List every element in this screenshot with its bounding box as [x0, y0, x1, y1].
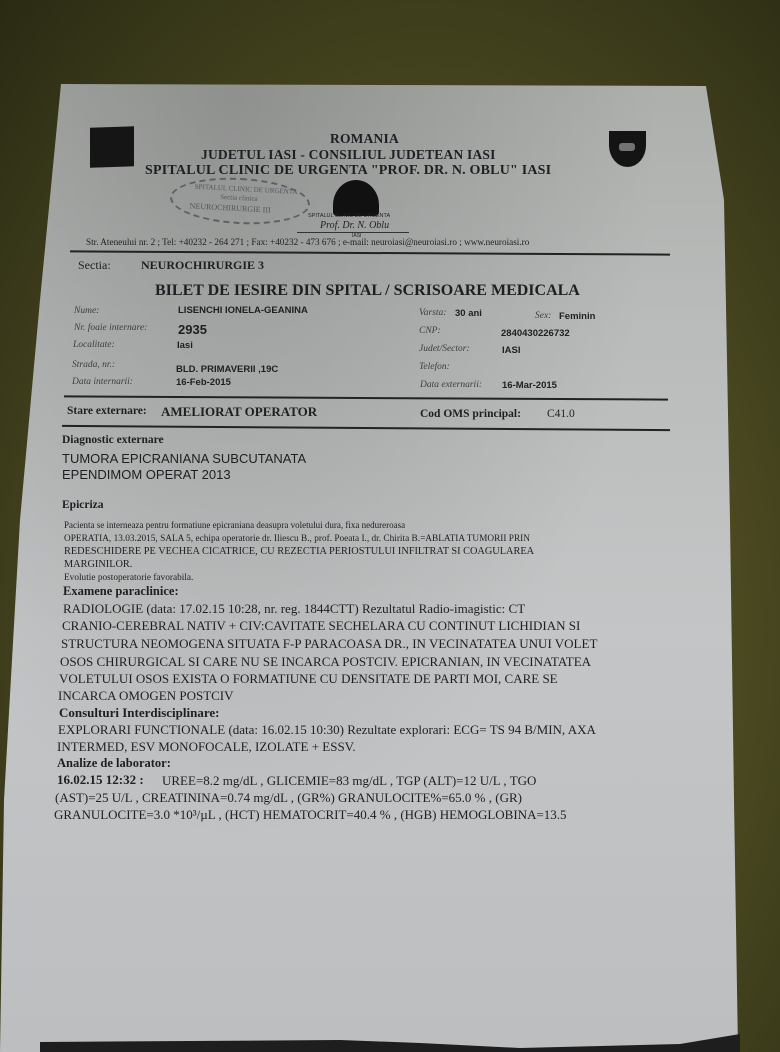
admission-label: Data internarii: [72, 377, 133, 387]
section-label: Sectia: [78, 258, 111, 273]
paraclinical-line: STRUCTURA NEOMOGENA SITUATA F-P PARACOAS… [61, 636, 597, 652]
sex-label: Sex: [535, 311, 551, 321]
coat-of-arms-romania-icon [90, 126, 134, 168]
header-hospital: SPITALUL CLINIC DE URGENTA "PROF. DR. N.… [145, 163, 551, 179]
admission-date: 16-Feb-2015 [176, 377, 231, 388]
header-contact: Str. Ateneului nr. 2 ; Tel: +40232 - 264… [86, 237, 529, 247]
epicrisis-line: Evolutie postoperatorie favorabila. [64, 573, 193, 583]
file-number: 2935 [178, 322, 207, 337]
header-country: ROMANIA [330, 131, 399, 147]
patient-street: BLD. PRIMAVERII ,19C [176, 364, 278, 375]
paraclinical-label: Examene paraclinice: [63, 584, 179, 599]
logo-caption: SPITALUL CLINIC DE URGENTA [308, 213, 390, 219]
state-label: Stare externare: [67, 405, 147, 417]
phone-label: Telefon: [419, 362, 450, 372]
patient-county: IASI [502, 345, 520, 356]
diagnosis-label: Diagnostic externare [62, 434, 164, 446]
paraclinical-line: CRANIO-CEREBRAL NATIV + CIV:CAVITATE SEC… [62, 618, 580, 634]
logo-signature: Prof. Dr. N. Oblu [320, 220, 389, 231]
diagnosis-line: TUMORA EPICRANIANA SUBCUTANATA [62, 451, 306, 466]
county-label: Judet/Sector: [419, 344, 470, 354]
paraclinical-line: OSOS CHIRURGICAL SI CARE NU SE INCARCA P… [60, 654, 591, 670]
labs-line: GRANULOCITE=3.0 *10³/µL , (HCT) HEMATOCR… [54, 807, 567, 823]
paraclinical-line: INCARCA OMOGEN POSTCIV [58, 688, 234, 704]
epicrisis-line: Pacienta se interneaza pentru formatiune… [64, 520, 405, 530]
paraclinical-line: VOLETULUI OSOS EXISTA O FORMATIUNE CU DE… [59, 671, 558, 687]
labs-date: 16.02.15 12:32 : [57, 772, 144, 788]
discharge-state: AMELIORAT OPERATOR [161, 404, 317, 420]
cnp-label: CNP: [419, 326, 441, 336]
epicrisis-line: OPERATIA, 13.03.2015, SALA 5, echipa ope… [64, 534, 530, 544]
locality-label: Localitate: [73, 340, 115, 350]
labs-line: UREE=8.2 mg/dL , GLICEMIE=83 mg/dL , TGP… [162, 773, 536, 789]
street-label: Strada, nr.: [72, 360, 115, 370]
labs-line: (AST)=25 U/L , CREATININA=0.74 mg/dL , (… [55, 790, 522, 806]
section-value: NEUROCHIRURGIE 3 [141, 258, 264, 273]
patient-sex: Feminin [559, 311, 595, 322]
file-label: Nr. foaie internare: [74, 323, 147, 333]
consults-label: Consulturi Interdisciplinare: [59, 705, 219, 721]
consults-line: INTERMED, ESV MONOFOCALE, IZOLATE + ESSV… [57, 739, 356, 755]
age-label: Varsta: [419, 308, 446, 318]
document-title: BILET DE IESIRE DIN SPITAL / SCRISOARE M… [155, 282, 580, 300]
header-county: JUDETUL IASI - CONSILIUL JUDETEAN IASI [201, 147, 496, 163]
patient-age: 30 ani [455, 308, 482, 319]
patient-cnp: 2840430226732 [501, 328, 570, 339]
name-label: Nume: [74, 306, 99, 316]
labs-label: Analize de laborator: [57, 756, 171, 771]
epicrisis-label: Epicriza [62, 499, 104, 511]
patient-locality: Iasi [177, 340, 193, 351]
patient-name: LISENCHI IONELA-GEANINA [178, 305, 308, 316]
epicrisis-line: MARGINILOR. [64, 559, 132, 570]
paraclinical-line: RADIOLOGIE (data: 17.02.15 10:28, nr. re… [63, 601, 525, 617]
oms-code: C41.0 [547, 408, 575, 420]
consults-line: EXPLORARI FUNCTIONALE (data: 16.02.15 10… [58, 722, 596, 738]
epicrisis-line: REDESCHIDERE PE VECHEA CICATRICE, CU REZ… [64, 546, 534, 557]
diagnosis-line: EPENDIMOM OPERAT 2013 [62, 467, 231, 482]
oms-label: Cod OMS principal: [420, 408, 521, 420]
discharge-date: 16-Mar-2015 [502, 380, 557, 391]
discharge-label: Data externarii: [420, 380, 482, 390]
